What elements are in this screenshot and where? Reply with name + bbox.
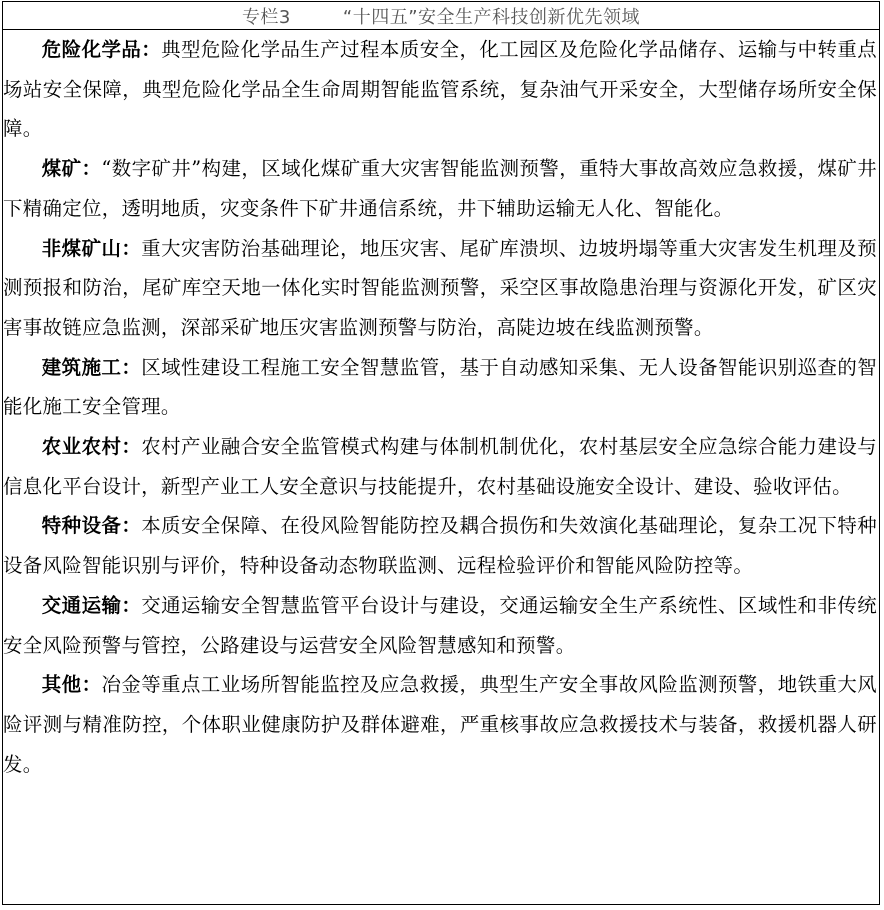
section-term: 建筑施工： [42,356,141,379]
section-transportation: 交通运输：交通运输安全智慧监管平台设计与建设，交通运输安全生产系统性、区域性和非… [3,586,879,665]
box-content: 危险化学品：典型危险化学品生产过程本质安全，化工园区及危险化学品储存、运输与中转… [3,30,879,784]
section-agriculture-rural: 农业农村：农村产业融合安全监管模式构建与体制机制优化，农村基层安全应急综合能力建… [3,427,879,506]
section-text: 冶金等重点工业场所智能监控及应急救援，典型生产安全事故风险监测预警，地铁重大风险… [3,673,877,775]
column-label: 专栏3 [242,3,291,29]
section-construction: 建筑施工：区域性建设工程施工安全智慧监管，基于自动感知采集、无人设备智能识别巡查… [3,348,879,427]
box-header: 专栏3“十四五”安全生产科技创新优先领域 [3,2,879,30]
section-coal-mines: 煤矿：“数字矿井”构建，区域化煤矿重大灾害智能监测预警，重特大事故高效应急救援，… [3,149,879,228]
section-special-equipment: 特种设备：本质安全保障、在役风险智能防控及耦合损伤和失效演化基础理论，复杂工况下… [3,506,879,585]
section-term: 农业农村： [42,435,141,458]
section-others: 其他：冶金等重点工业场所智能监控及应急救援，典型生产安全事故风险监测预警，地铁重… [3,665,879,784]
section-term: 非煤矿山： [42,237,141,260]
section-term: 其他： [42,673,102,696]
section-term: 交通运输： [42,594,141,617]
section-term: 煤矿： [42,157,102,180]
feature-box: 专栏3“十四五”安全生产科技创新优先领域 危险化学品：典型危险化学品生产过程本质… [2,1,880,905]
box-title: “十四五”安全生产科技创新优先领域 [343,3,640,29]
section-text: “数字矿井”构建，区域化煤矿重大灾害智能监测预警，重特大事故高效应急救援，煤矿井… [3,157,877,220]
section-term: 危险化学品： [42,38,161,61]
section-non-coal-mines: 非煤矿山：重大灾害防治基础理论，地压灾害、尾矿库溃坝、边坡坍塌等重大灾害发生机理… [3,229,879,348]
section-term: 特种设备： [42,514,141,537]
section-hazardous-chemicals: 危险化学品：典型危险化学品生产过程本质安全，化工园区及危险化学品储存、运输与中转… [3,30,879,149]
